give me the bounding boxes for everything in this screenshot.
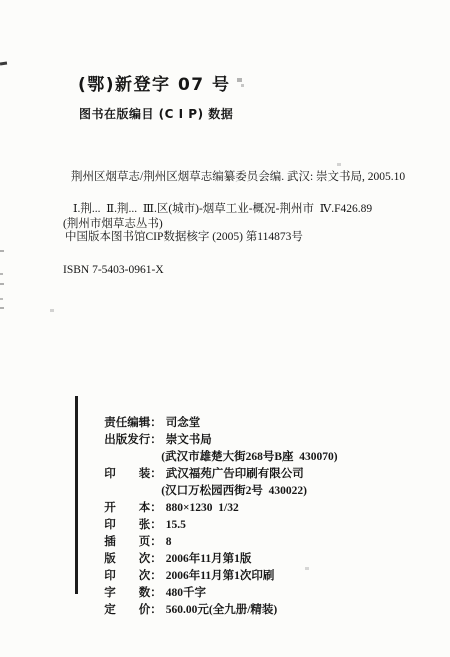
colophon-colon: ： [150,417,162,429]
colophon-value: 560.00元(全九册/精装) [166,604,277,616]
colophon-colon: ： [150,570,162,582]
cip-entry-isbn-line: ISBN 7-5403-0961-X [63,263,405,279]
colophon-value: 2006年11月第1次印刷 [166,570,275,582]
colophon-colon: ： [150,587,162,599]
colophon-label: 开 本 [104,500,150,517]
cip-entry-title-line: 荆州区烟草志/荆州区烟草志编纂委员会编. 武汉: 崇文书局, 2005.10 [63,170,405,186]
scan-artifact [237,78,242,82]
scan-artifact [0,62,7,66]
colophon-colon: ： [150,502,162,514]
colophon-label: 印 次 [104,568,150,585]
colophon-colon: ： [150,604,162,616]
colophon-value: 崇文书局 [166,434,212,446]
address-text: (武汉市雄楚大街268号B座 430070) [161,451,337,463]
colophon-label: 字 数 [104,585,150,602]
colophon-label: 责任编辑 [104,415,150,432]
colophon-row-editor: 责任编辑：司念堂 [87,398,338,415]
scan-artifact [0,298,3,300]
colophon-label: 插 页 [104,534,150,551]
colophon-label: 版 次 [104,551,150,568]
scan-artifact [0,250,4,252]
colophon-value: 15.5 [166,519,186,531]
cip-heading: 图书在版编目 (C I P) 数据 [79,105,233,122]
colophon-value: 8 [166,536,172,548]
classification-line: Ⅰ.荆... Ⅱ.荆... Ⅲ.区(城市)-烟草工业-概况-荆州市 Ⅳ.F426… [73,200,372,216]
scan-artifact [50,309,54,312]
colophon-value: 480千字 [166,587,206,599]
colophon-value: 2006年11月第1版 [166,553,252,565]
colophon-colon: ： [150,553,162,565]
colophon-label: 印 张 [104,517,150,534]
colophon-value: 司念堂 [166,417,201,429]
colophon-colon: ： [150,536,162,548]
colophon-colon: ： [150,434,162,446]
address-text: (汉口万松园西街2号 430022) [161,485,307,497]
colophon-colon: ： [150,468,162,480]
colophon-colon: ： [150,519,162,531]
scan-artifact [0,273,3,275]
scan-artifact [0,307,4,309]
colophon-label: 印 装 [104,466,150,483]
colophon-rule [75,396,78,594]
colophon-value: 武汉福苑广告印刷有限公司 [166,468,304,480]
scan-artifact [241,84,244,87]
book-copyright-page: (鄂)新登字 07 号 图书在版编目 (C I P) 数据 荆州区烟草志/荆州区… [0,0,450,657]
colophon-label: 定 价 [104,602,150,619]
cip-entry: 荆州区烟草志/荆州区烟草志编纂委员会编. 武汉: 崇文书局, 2005.10 (… [63,139,405,310]
colophon-value: 880×1230 1/32 [166,502,239,514]
cip-record-line: 中国版本图书馆CIP数据核字 (2005) 第114873号 [65,228,303,244]
colophon: 责任编辑：司念堂 出版发行：崇文书局 (武汉市雄楚大街268号B座 430070… [87,398,338,602]
colophon-label: 出版发行 [104,432,150,449]
register-number-line: (鄂)新登字 07 号 [78,70,231,95]
scan-artifact [0,283,4,285]
